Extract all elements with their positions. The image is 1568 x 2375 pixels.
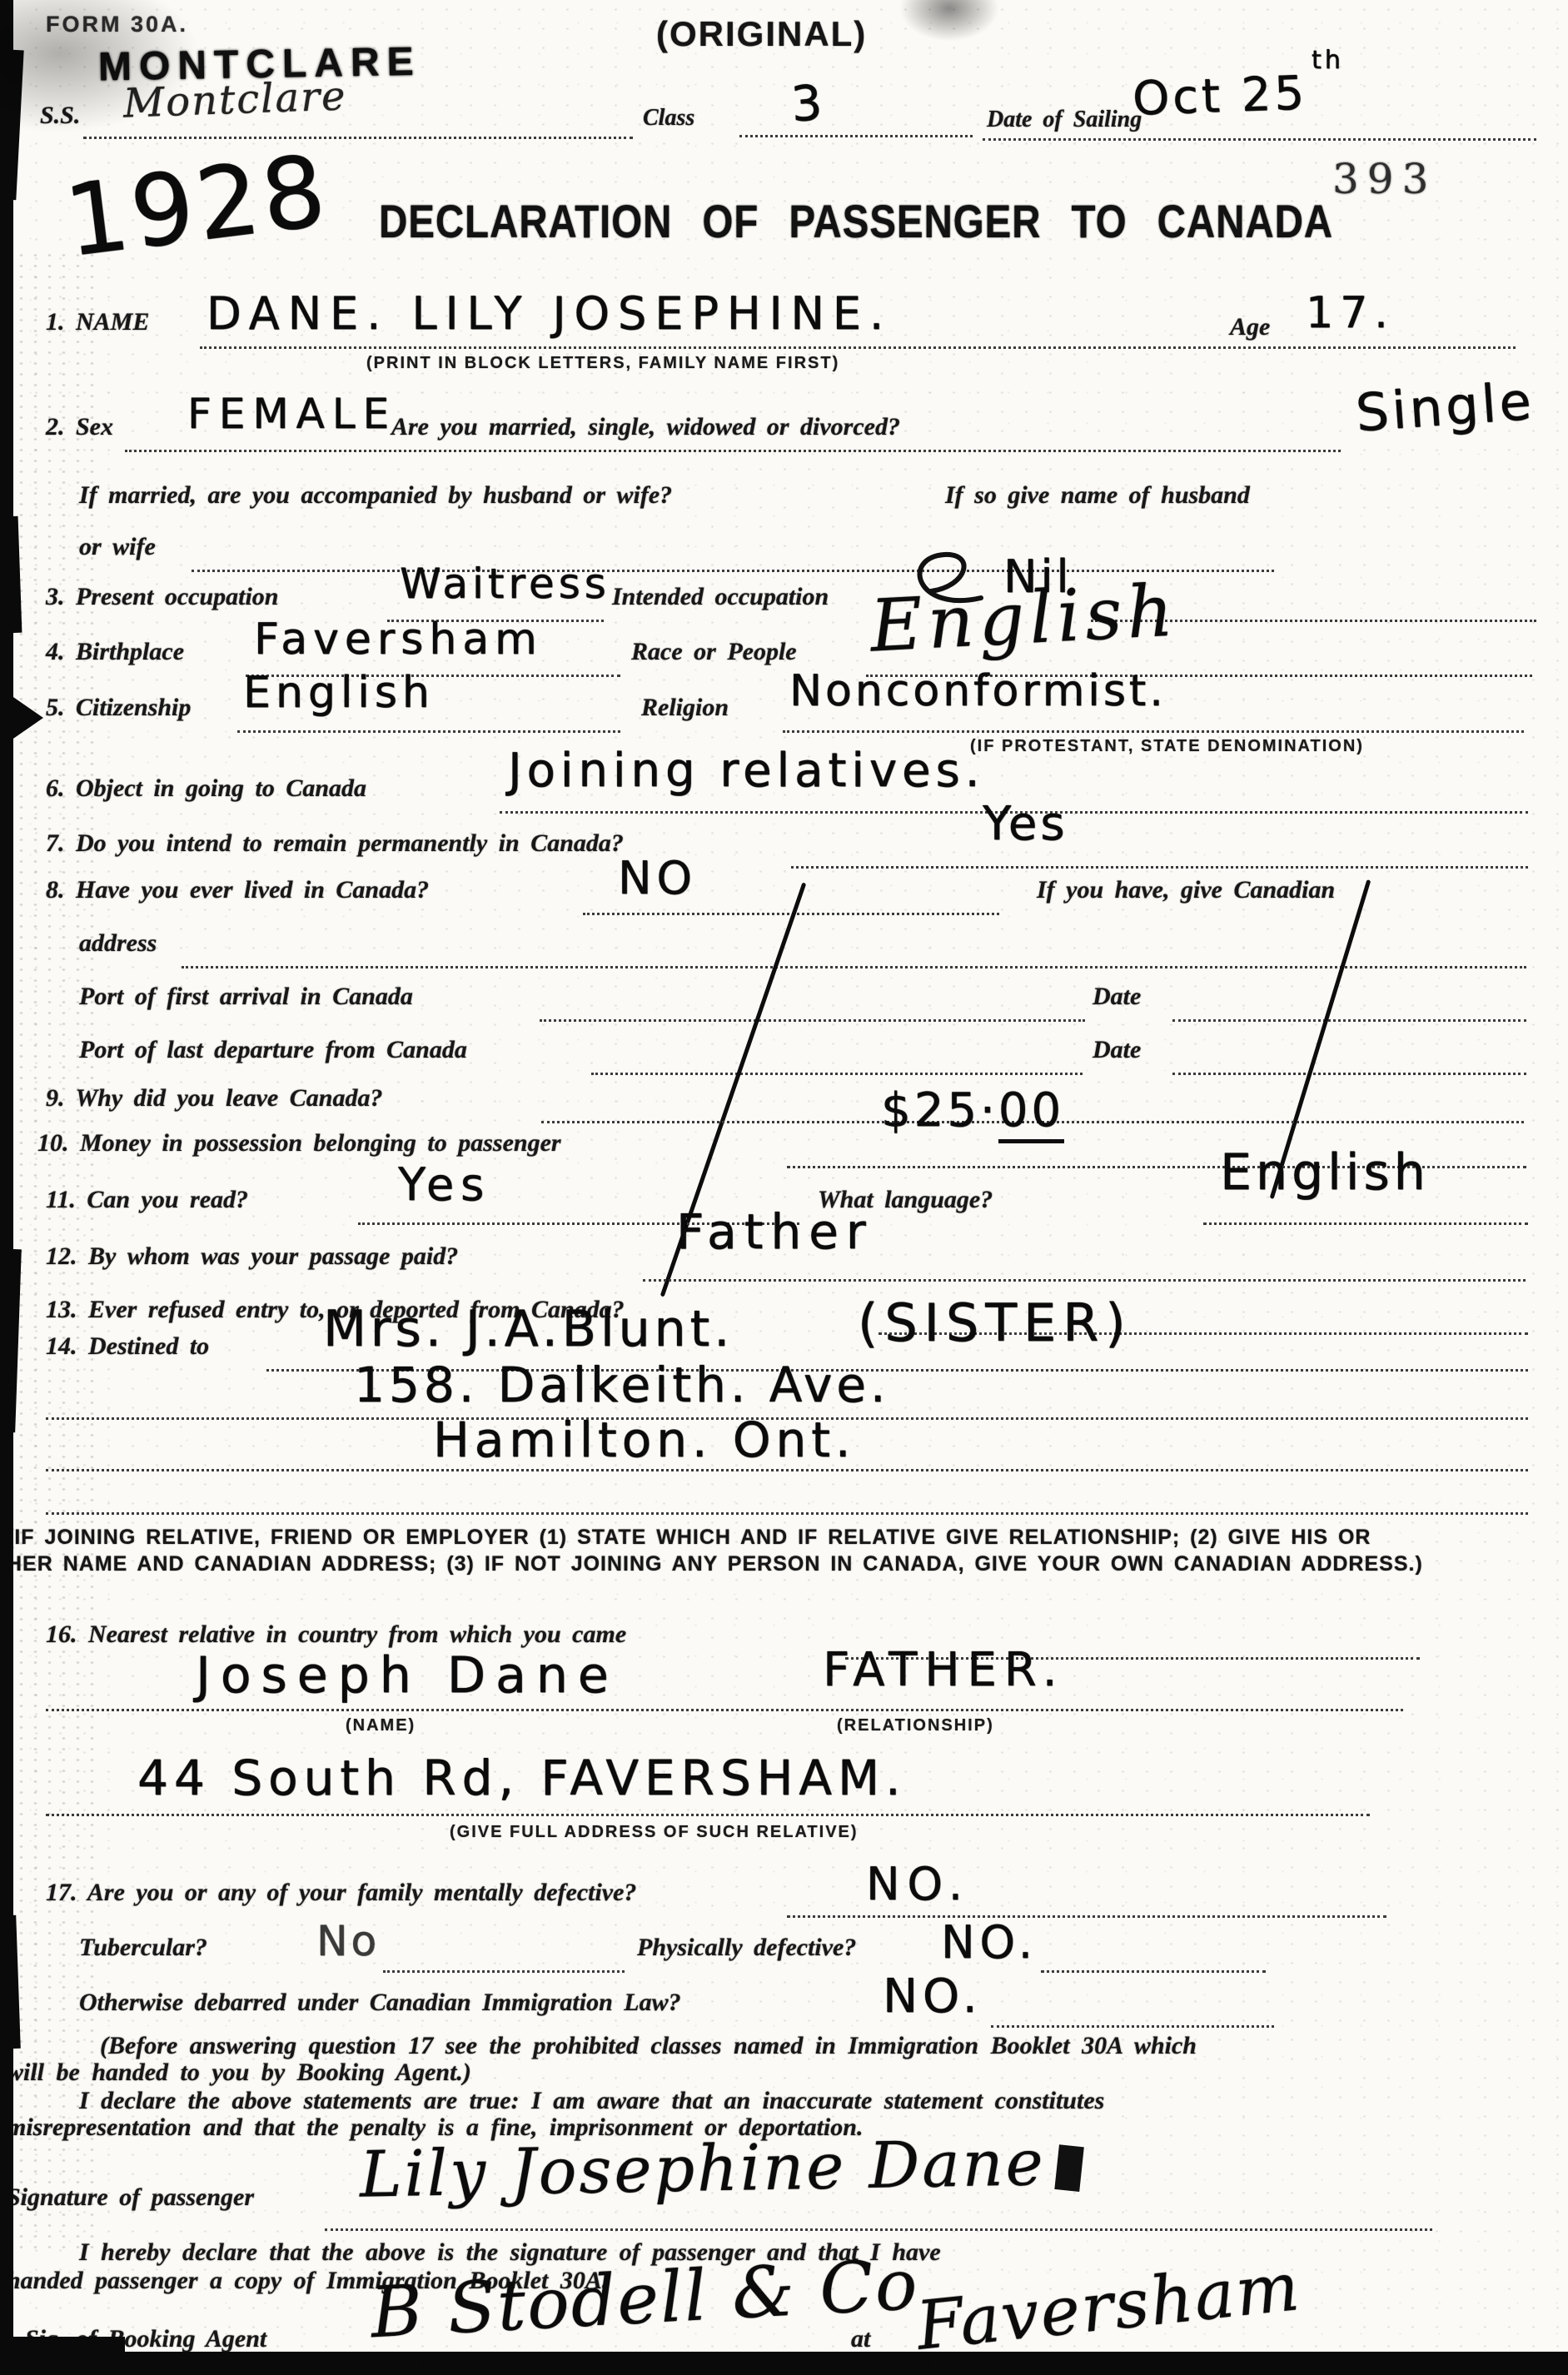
q15-fineprint-line1: (IF JOINING RELATIVE, FRIEND OR EMPLOYER… xyxy=(7,1527,1371,1548)
dotted-line xyxy=(783,730,1524,733)
ink-blob xyxy=(0,688,43,748)
dotted-line xyxy=(787,1915,1386,1918)
dotted-line xyxy=(383,1970,625,1973)
q17-tubercular-value: No xyxy=(316,1920,380,1962)
dotted-line xyxy=(200,346,1516,349)
dotted-line xyxy=(991,2025,1274,2028)
dotted-line xyxy=(83,137,633,139)
port-first-arrival-label: Port of first arrival in Canada xyxy=(79,984,413,1009)
q16-relationship-caption: (RELATIONSHIP) xyxy=(837,1717,994,1734)
signature-label: Signature of passenger xyxy=(7,2185,254,2210)
q8-value: NO xyxy=(618,856,697,901)
q16-name-caption: (NAME) xyxy=(346,1717,416,1734)
q3-label: 3. Present occupation xyxy=(46,585,279,610)
passenger-declaration-form: FORM 30A. (ORIGINAL) S.S. MONTCLARE Mont… xyxy=(0,0,1568,2375)
q16-label: 16. Nearest relative in country from whi… xyxy=(46,1622,626,1647)
q10-money-value: $25·00 xyxy=(881,1088,1064,1134)
port-last-departure-label: Port of last departure from Canada xyxy=(79,1038,467,1063)
dotted-line xyxy=(46,1469,1528,1471)
sheet-number: 393 xyxy=(1332,158,1436,200)
dotted-line xyxy=(1203,1222,1528,1225)
q17-value: NO. xyxy=(866,1862,970,1907)
dotted-line xyxy=(739,135,973,137)
q2-line3: or wife xyxy=(79,535,156,560)
sailing-date-superscript: th xyxy=(1312,48,1344,73)
dotted-line xyxy=(1172,1073,1526,1075)
page-title: DECLARATION OF PASSENGER TO CANADA xyxy=(379,198,1333,245)
declaration-line1: I declare the above statements are true:… xyxy=(79,2089,1104,2114)
dotted-line xyxy=(1041,1970,1266,1973)
q14-address1: 158. Dalkeith. Ave. xyxy=(354,1361,889,1409)
age-label: Age xyxy=(1230,315,1270,340)
q1-caption: (PRINT IN BLOCK LETTERS, FAMILY NAME FIR… xyxy=(366,355,839,371)
class-value: 3 xyxy=(789,78,827,129)
q4-label2: Race or People xyxy=(631,640,797,665)
q4-race-value: English xyxy=(869,575,1180,662)
money-dollars: $25· xyxy=(881,1083,998,1138)
money-cents: 00 xyxy=(998,1083,1064,1143)
ship-name-handwritten: Montclare xyxy=(122,76,347,123)
q3-value: Waitress xyxy=(400,563,610,605)
q5-value: English xyxy=(243,671,435,714)
original-label: (ORIGINAL) xyxy=(656,17,867,52)
q16-name: Joseph Dane xyxy=(196,1651,619,1700)
q2-sex-value: FEMALE xyxy=(187,393,396,435)
q8-note: If you have, give Canadian xyxy=(1037,878,1335,903)
q12-label: 12. By whom was your passage paid? xyxy=(46,1244,458,1269)
bottom-black-bar xyxy=(0,2352,1568,2375)
dotted-line xyxy=(1172,1019,1526,1022)
dotted-line xyxy=(540,1019,1085,1022)
q17-debarred-label: Otherwise debarred under Canadian Immigr… xyxy=(79,1990,681,2015)
date-label-2: Date xyxy=(1093,1038,1141,1063)
class-label: Class xyxy=(643,107,694,130)
booklet-note-line1: (Before answering question 17 see the pr… xyxy=(100,2034,1197,2059)
q2-line2a: If married, are you accompanied by husba… xyxy=(79,483,672,508)
q14-relationship: (SISTER) xyxy=(858,1297,1132,1349)
q17-tubercular-label: Tubercular? xyxy=(79,1935,207,1960)
age-value: 17. xyxy=(1306,291,1395,335)
q14-label: 14. Destined to xyxy=(46,1334,209,1359)
q12-value: Father xyxy=(676,1207,874,1256)
q9-label: 9. Why did you leave Canada? xyxy=(46,1086,382,1111)
q1-label: 1. NAME xyxy=(46,310,149,335)
q11-value: Yes xyxy=(398,1163,490,1207)
passenger-signature: Lily Josephine Dane xyxy=(359,2130,1083,2206)
dotted-line xyxy=(643,1279,1526,1282)
dotted-line xyxy=(125,450,1341,452)
q2-label: 2. Sex xyxy=(46,415,113,440)
scan-smudge xyxy=(899,0,999,42)
q5-label: 5. Citizenship xyxy=(46,695,191,720)
q17-physical-label: Physically defective? xyxy=(637,1935,856,1960)
year-handwritten: 1928 xyxy=(60,141,333,271)
sailing-date-label: Date of Sailing xyxy=(987,108,1142,132)
q8-address-label: address xyxy=(79,931,157,956)
q8-label: 8. Have you ever lived in Canada? xyxy=(46,878,429,903)
booking-agent-place: Faversham xyxy=(913,2253,1304,2360)
q16-address-caption: (GIVE FULL ADDRESS OF SUCH RELATIVE) xyxy=(450,1824,859,1840)
q4-value: Faversham xyxy=(254,618,543,661)
q7-label: 7. Do you intend to remain permanently i… xyxy=(46,831,624,856)
form-number: FORM 30A. xyxy=(46,13,188,36)
dotted-line xyxy=(46,1709,1403,1711)
dotted-line xyxy=(46,1512,1528,1515)
q11-language-value: English xyxy=(1220,1148,1430,1197)
q2-line2b: If so give name of husband xyxy=(945,483,1250,508)
q15-fineprint-line2: HER NAME AND CANADIAN ADDRESS; (3) IF NO… xyxy=(7,1554,1423,1575)
q2-answer: Single xyxy=(1354,376,1536,440)
q6-label: 6. Object in going to Canada xyxy=(46,776,366,801)
q17-debarred-value: NO. xyxy=(883,1974,983,2020)
q17-label: 17. Are you or any of your family mental… xyxy=(46,1880,636,1905)
q11-label: 11. Can you read? xyxy=(46,1187,248,1212)
q7-value: Yes xyxy=(983,801,1068,848)
q14-address2: Hamilton. Ont. xyxy=(433,1416,855,1464)
date-label-1: Date xyxy=(1093,984,1141,1009)
dotted-line xyxy=(46,1814,1370,1816)
q4-label: 4. Birthplace xyxy=(46,640,184,665)
q5-label2: Religion xyxy=(641,695,729,720)
q2-question: Are you married, single, widowed or divo… xyxy=(391,415,900,440)
q17-physical-value: NO. xyxy=(941,1920,1038,1965)
booklet-note-line2: will be handed to you by Booking Agent.) xyxy=(7,2060,471,2085)
q6-value: Joining relatives. xyxy=(508,748,984,794)
q5-caption: (IF PROTESTANT, STATE DENOMINATION) xyxy=(970,738,1364,754)
passenger-signature-text: Lily Josephine Dane xyxy=(359,2125,1046,2211)
agent-at-label: at xyxy=(851,2327,870,2352)
q5-religion-value: Nonconformist. xyxy=(789,670,1167,713)
q1-name-value: DANE. LILY JOSEPHINE. xyxy=(207,291,892,336)
q10-label: 10. Money in possession belonging to pas… xyxy=(37,1131,561,1156)
dotted-line xyxy=(237,730,620,733)
dotted-line xyxy=(182,966,1526,968)
dotted-line xyxy=(791,866,1528,869)
sailing-date-value: Oct 25 xyxy=(1132,70,1308,122)
dotted-line xyxy=(325,2228,1432,2231)
q14-value: Mrs. J.A.Blunt. xyxy=(323,1304,734,1354)
ss-label: S.S. xyxy=(40,103,80,128)
dotted-line xyxy=(983,138,1536,141)
q16-relationship: FATHER. xyxy=(823,1647,1064,1694)
dotted-line xyxy=(591,1073,1083,1075)
q3-label2: Intended occupation xyxy=(612,585,829,610)
q16-address: 44 South Rd, FAVERSHAM. xyxy=(137,1754,906,1802)
ink-blot xyxy=(1054,2144,1083,2192)
